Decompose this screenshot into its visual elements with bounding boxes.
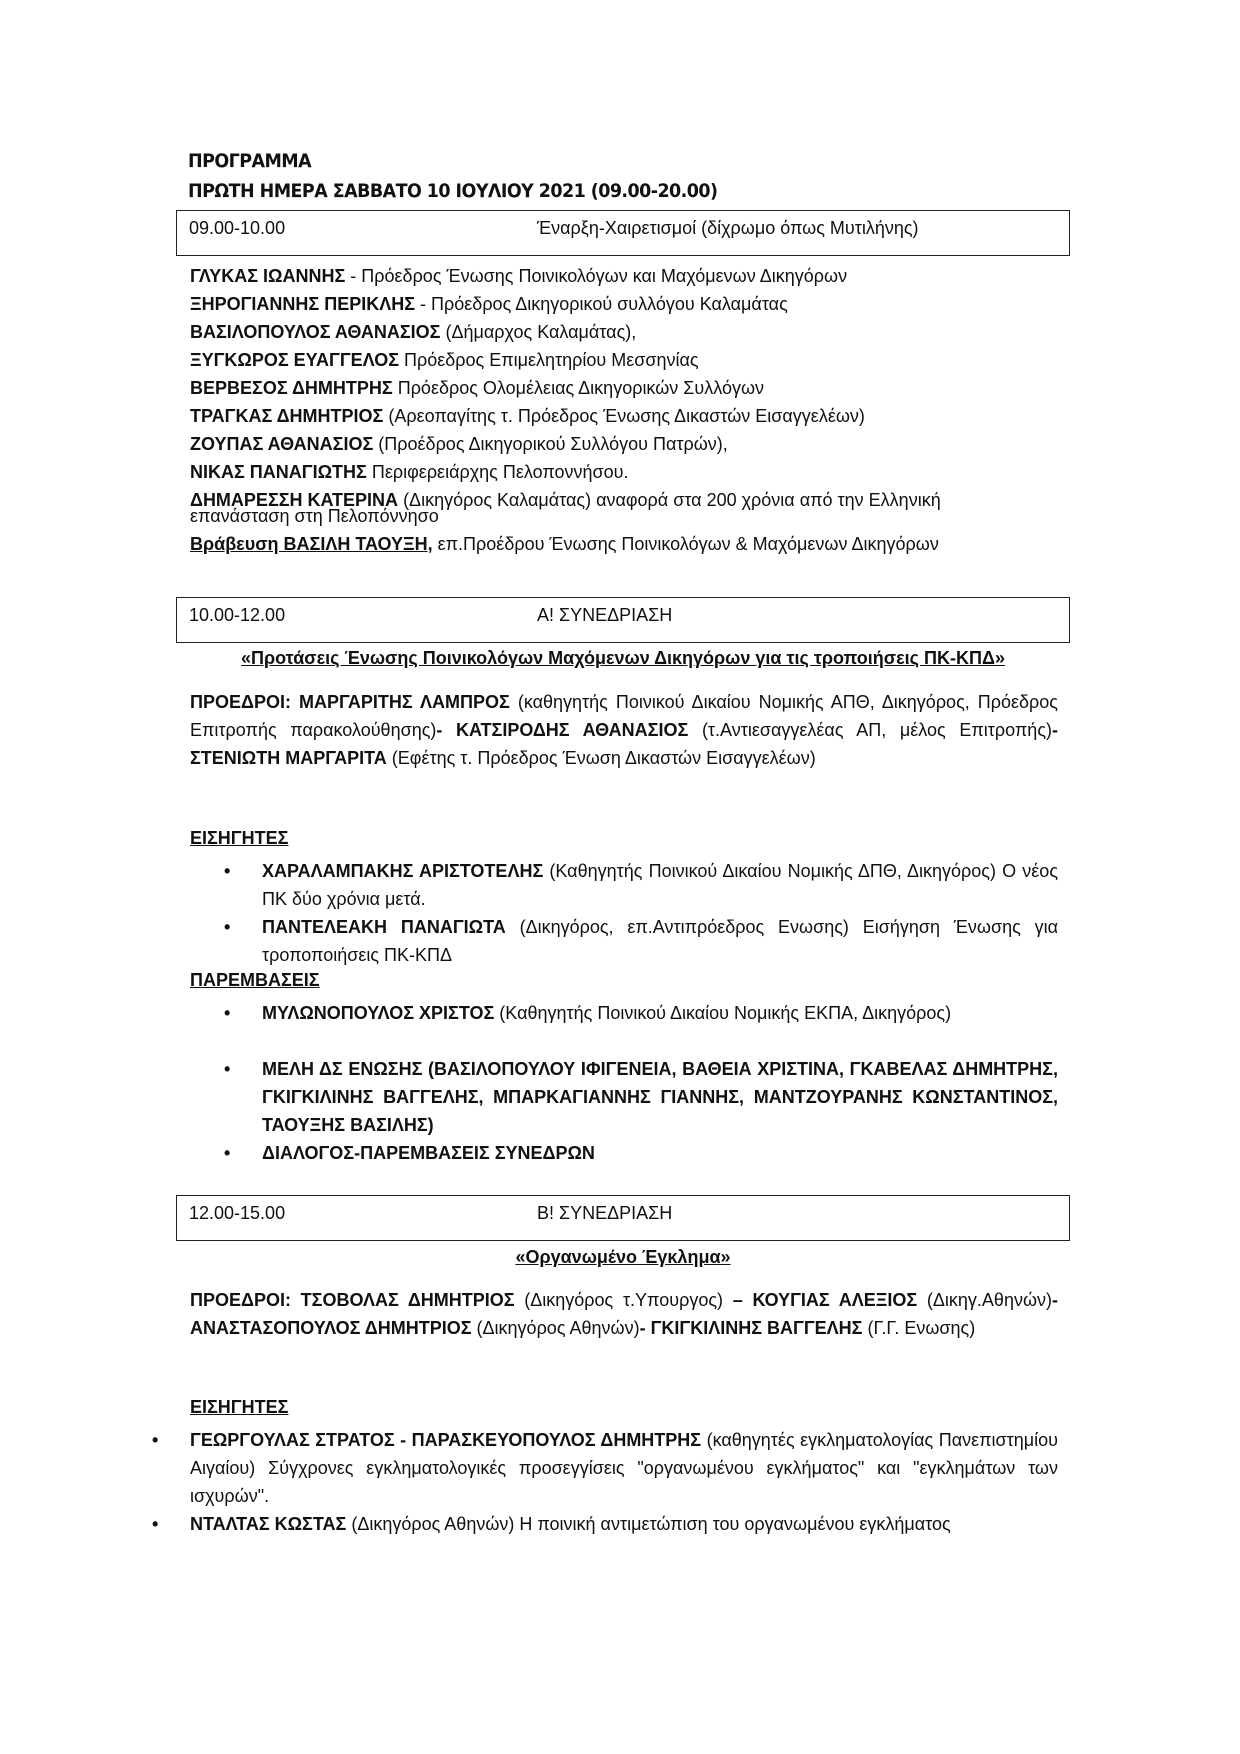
person-role: Πρόεδρος Ολομέλειας Δικηγορικών Συλλόγων: [393, 378, 764, 398]
person-name: ΒΕΡΒΕΣΟΣ ΔΗΜΗΤΡΗΣ: [190, 378, 393, 398]
greeting-line: ΒΑΣΙΛΟΠΟΥΛΟΣ ΑΘΑΝΑΣΙΟΣ (Δήμαρχος Καλαμάτ…: [190, 318, 636, 346]
chair-role: (Δικηγόρος τ.Υπουργος): [515, 1290, 733, 1310]
session-time: 12.00-15.00: [189, 1203, 285, 1224]
bullet-icon: •: [224, 999, 230, 1027]
person-role: (Προέδρος Δικηγορικού Συλλόγου Πατρών),: [373, 434, 728, 454]
greeting-line: ΖΟΥΠΑΣ ΑΘΑΝΑΣΙΟΣ (Προέδρος Δικηγορικού Σ…: [190, 430, 728, 458]
greeting-line: ΝΙΚΑΣ ΠΑΝΑΓΙΩΤΗΣ Περιφερειάρχης Πελοπονν…: [190, 458, 629, 486]
list-item: •ΓΕΩΡΓΟΥΛΑΣ ΣΤΡΑΤΟΣ - ΠΑΡΑΣΚΕΥΟΠΟΥΛΟΣ ΔΗ…: [190, 1426, 1058, 1510]
bullet-icon: •: [224, 913, 230, 941]
chair-name: ΤΣΟΒΟΛΑΣ ΔΗΜΗΤΡΙΟΣ: [291, 1290, 515, 1310]
list-item: •ΝΤΑΛΤΑΣ ΚΩΣΤΑΣ (Δικηγόρος Αθηνών) Η ποι…: [190, 1510, 1058, 1538]
list-item: •ΜΕΛΗ ΔΣ ΕΝΩΣΗΣ (ΒΑΣΙΛΟΠΟΥΛΟΥ ΙΦΙΓΕΝΕΙΑ,…: [262, 1055, 1058, 1139]
chair-role: (Δικηγ.Αθηνών): [917, 1290, 1052, 1310]
program-page: ΠΡΟΓΡΑΜΜΑ ΠΡΩΤΗ ΗΜΕΡΑ ΣΑΒΒΑΤΟ 10 ΙΟΥΛΙΟΥ…: [0, 0, 1240, 1754]
session-time: 09.00-10.00: [189, 218, 285, 239]
chair-role: (Γ.Γ. Ενωσης): [862, 1318, 975, 1338]
chairs-label: ΠΡΟΕΔΡΟΙ:: [190, 692, 291, 712]
person-role: - Πρόεδρος Ένωσης Ποινικολόγων και Μαχόμ…: [345, 266, 847, 286]
person-role: Περιφερειάρχης Πελοποννήσου.: [367, 462, 629, 482]
session-b-speakers-heading: ΕΙΣΗΓΗΤΕΣ: [190, 1397, 288, 1418]
person-name: ΔΙΑΛΟΓΟΣ-ΠΑΡΕΜΒΑΣΕΙΣ ΣΥΝΕΔΡΩΝ: [262, 1143, 595, 1163]
person-name: ΖΟΥΠΑΣ ΑΘΑΝΑΣΙΟΣ: [190, 434, 373, 454]
chair-role: (Εφέτης τ. Πρόεδρος Ένωση Δικαστών Εισαγ…: [387, 748, 816, 768]
session-a-box: 10.00-12.00 Α! ΣΥΝΕΔΡΙΑΣΗ: [176, 597, 1070, 643]
session-label: Α! ΣΥΝΕΔΡΙΑΣΗ: [537, 605, 672, 626]
greeting-line: ΒΕΡΒΕΣΟΣ ΔΗΜΗΤΡΗΣ Πρόεδρος Ολομέλειας Δι…: [190, 374, 764, 402]
award-title: Βράβευση ΒΑΣΙΛΗ ΤΑΟΥΞΗ,: [190, 534, 433, 554]
person-name: ΞΥΓΚΩΡΟΣ ΕΥΑΓΓΕΛΟΣ: [190, 350, 399, 370]
person-name: ΤΡΑΓΚΑΣ ΔΗΜΗΤΡΙΟΣ: [190, 406, 383, 426]
chair-role: (τ.Αντιεσαγγελέας ΑΠ, μέλος Επιτροπής): [688, 720, 1052, 740]
person-name: ΒΑΣΙΛΟΠΟΥΛΟΣ ΑΘΑΝΑΣΙΟΣ: [190, 322, 441, 342]
session-label: Έναρξη-Χαιρετισμοί (δίχρωμο όπως Μυτιλήν…: [537, 218, 919, 239]
day-heading: ΠΡΩΤΗ ΗΜΕΡΑ ΣΑΒΒΑΤΟ 10 ΙΟΥΛΙΟΥ 2021 (09.…: [188, 180, 717, 202]
session-a-theme: «Προτάσεις Ένωσης Ποινικολόγων Μαχόμενων…: [176, 648, 1070, 669]
person-role: - Πρόεδρος Δικηγορικού συλλόγου Καλαμάτα…: [415, 294, 788, 314]
person-name: ΓΛΥΚΑΣ ΙΩΑΝΝΗΣ: [190, 266, 345, 286]
greeting-line: ΞΗΡΟΓΙΑΝΝΗΣ ΠΕΡΙΚΛΗΣ - Πρόεδρος Δικηγορι…: [190, 290, 788, 318]
opening-session-box: 09.00-10.00 Έναρξη-Χαιρετισμοί (δίχρωμο …: [176, 210, 1070, 256]
person-role: (Δικηγόρος Αθηνών) Η ποινική αντιμετώπισ…: [346, 1514, 950, 1534]
chairs-label: ΠΡΟΕΔΡΟΙ:: [190, 1290, 291, 1310]
person-name: ΓΕΩΡΓΟΥΛΑΣ ΣΤΡΑΤΟΣ - ΠΑΡΑΣΚΕΥΟΠΟΥΛΟΣ ΔΗΜ…: [190, 1430, 701, 1450]
list-item: •ΔΙΑΛΟΓΟΣ-ΠΑΡΕΜΒΑΣΕΙΣ ΣΥΝΕΔΡΩΝ: [262, 1139, 1058, 1167]
bullet-icon: •: [224, 857, 230, 885]
person-name: ΠΑΝΤΕΛΕΑΚΗ ΠΑΝΑΓΙΩΤΑ: [262, 917, 506, 937]
award-detail: επ.Προέδρου Ένωσης Ποινικολόγων & Μαχόμε…: [433, 534, 939, 554]
bullet-icon: •: [224, 1139, 230, 1167]
program-title: ΠΡΟΓΡΑΜΜΑ: [188, 150, 311, 172]
greeting-continuation: επανάσταση στη Πελοπόννησο: [190, 502, 439, 530]
session-time: 10.00-12.00: [189, 605, 285, 626]
session-b-theme: «Οργανωμένο Έγκλημα»: [176, 1247, 1070, 1268]
chair-name: – ΚΟΥΓΙΑΣ ΑΛΕΞΙΟΣ: [733, 1290, 917, 1310]
person-name: ΧΑΡΑΛΑΜΠΑΚΗΣ ΑΡΙΣΤΟΤΕΛΗΣ: [262, 861, 543, 881]
chair-name: ΜΑΡΓΑΡΙΤΗΣ ΛΑΜΠΡΟΣ: [291, 692, 510, 712]
session-a-chairs: ΠΡΟΕΔΡΟΙ: ΜΑΡΓΑΡΙΤΗΣ ΛΑΜΠΡΟΣ (καθηγητής …: [190, 688, 1058, 772]
greeting-line: ΓΛΥΚΑΣ ΙΩΑΝΝΗΣ - Πρόεδρος Ένωσης Ποινικο…: [190, 262, 847, 290]
chair-name: - ΓΚΙΓΚΙΛΙΝΗΣ ΒΑΓΓΕΛΗΣ: [640, 1318, 863, 1338]
person-role: (Αρεοπαγίτης τ. Πρόεδρος Ένωσης Δικαστών…: [383, 406, 865, 426]
person-name: ΜΥΛΩΝΟΠΟΥΛΟΣ ΧΡΙΣΤΟΣ: [262, 1003, 494, 1023]
person-name: ΞΗΡΟΓΙΑΝΝΗΣ ΠΕΡΙΚΛΗΣ: [190, 294, 415, 314]
session-label: Β! ΣΥΝΕΔΡΙΑΣΗ: [537, 1203, 672, 1224]
greeting-line: ΤΡΑΓΚΑΣ ΔΗΜΗΤΡΙΟΣ (Αρεοπαγίτης τ. Πρόεδρ…: [190, 402, 865, 430]
list-item: •ΠΑΝΤΕΛΕΑΚΗ ΠΑΝΑΓΙΩΤΑ (Δικηγόρος, επ.Αντ…: [262, 913, 1058, 969]
session-a-interventions-heading: ΠΑΡΕΜΒΑΣΕΙΣ: [190, 970, 320, 991]
person-role: Πρόεδρος Επιμελητηρίου Μεσσηνίας: [399, 350, 699, 370]
person-name: ΝΙΚΑΣ ΠΑΝΑΓΙΩΤΗΣ: [190, 462, 367, 482]
session-a-speakers-heading: ΕΙΣΗΓΗΤΕΣ: [190, 828, 288, 849]
list-item: •ΜΥΛΩΝΟΠΟΥΛΟΣ ΧΡΙΣΤΟΣ (Καθηγητής Ποινικο…: [262, 999, 1058, 1027]
person-name: ΝΤΑΛΤΑΣ ΚΩΣΤΑΣ: [190, 1514, 346, 1534]
chair-name: - ΚΑΤΣΙΡΟΔΗΣ ΑΘΑΝΑΣΙΟΣ: [436, 720, 688, 740]
session-b-box: 12.00-15.00 Β! ΣΥΝΕΔΡΙΑΣΗ: [176, 1195, 1070, 1241]
person-role: (Καθηγητής Ποινικού Δικαίου Νομικής ΕΚΠΑ…: [494, 1003, 951, 1023]
award-line: Βράβευση ΒΑΣΙΛΗ ΤΑΟΥΞΗ, επ.Προέδρου Ένωσ…: [190, 530, 939, 558]
person-role: (Δήμαρχος Καλαμάτας),: [441, 322, 637, 342]
bullet-icon: •: [152, 1426, 158, 1454]
greeting-line: ΞΥΓΚΩΡΟΣ ΕΥΑΓΓΕΛΟΣ Πρόεδρος Επιμελητηρίο…: [190, 346, 699, 374]
chair-role: (Δικηγόρος Αθηνών): [472, 1318, 640, 1338]
person-role: (Δικηγόρος Καλαμάτας) αναφορά στα 200 χρ…: [398, 490, 941, 510]
session-b-chairs: ΠΡΟΕΔΡΟΙ: ΤΣΟΒΟΛΑΣ ΔΗΜΗΤΡΙΟΣ (Δικηγόρος …: [190, 1286, 1058, 1342]
list-item: •ΧΑΡΑΛΑΜΠΑΚΗΣ ΑΡΙΣΤΟΤΕΛΗΣ (Καθηγητής Ποι…: [262, 857, 1058, 913]
person-name: ΜΕΛΗ ΔΣ ΕΝΩΣΗΣ (ΒΑΣΙΛΟΠΟΥΛΟΥ ΙΦΙΓΕΝΕΙΑ, …: [262, 1059, 1058, 1135]
bullet-icon: •: [152, 1510, 158, 1538]
bullet-icon: •: [224, 1055, 230, 1083]
